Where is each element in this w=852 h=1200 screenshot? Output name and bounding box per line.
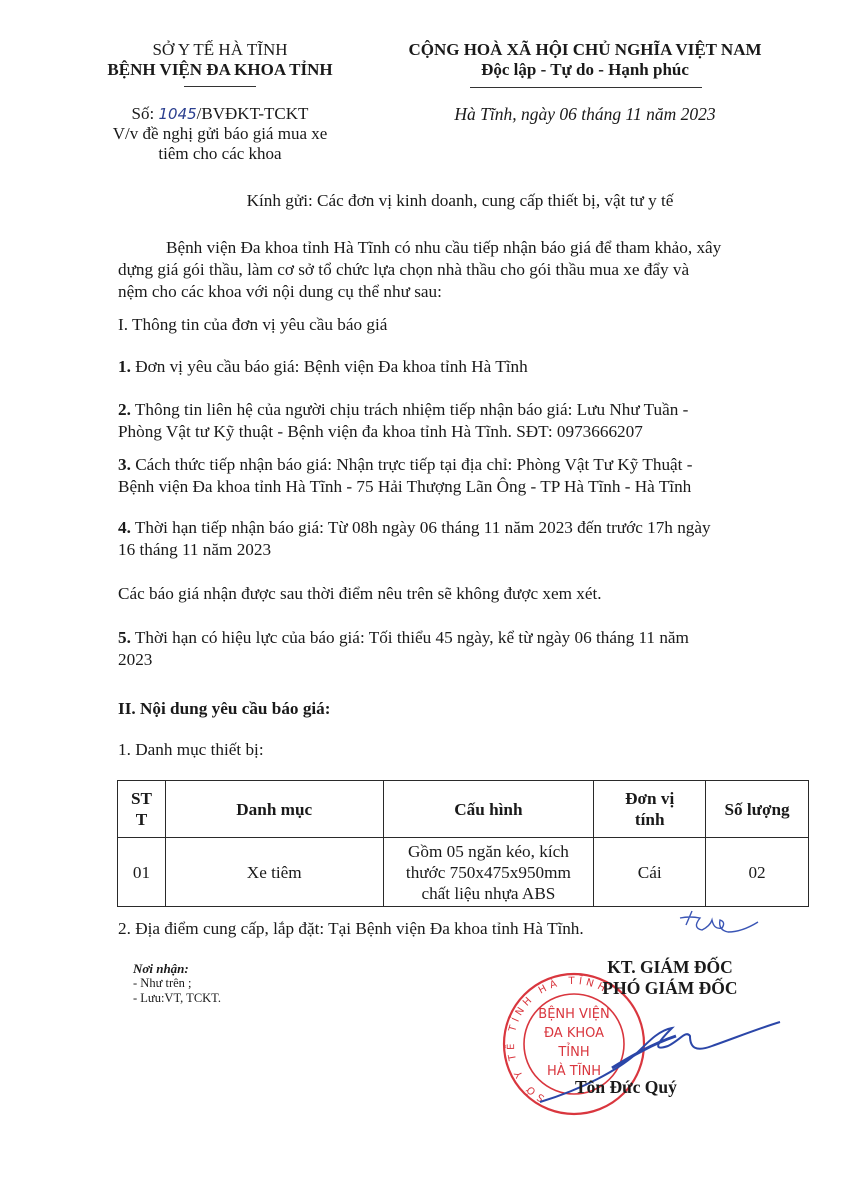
organization-name: BỆNH VIỆN ĐA KHOA TỈNH xyxy=(100,60,340,80)
item-text: 2023 xyxy=(118,649,689,671)
national-motto: Độc lập - Tự do - Hạnh phúc xyxy=(360,60,810,80)
issuer-header: SỞ Y TẾ HÀ TĨNH BỆNH VIỆN ĐA KHOA TỈNH xyxy=(100,40,340,80)
recipients-title: Nơi nhận: xyxy=(133,961,221,976)
item-number: 1. xyxy=(118,357,131,376)
col-header-stt: STT xyxy=(118,781,166,838)
equipment-list-heading: 1. Danh mục thiết bị: xyxy=(118,739,264,761)
info-note: Các báo giá nhận được sau thời điểm nêu … xyxy=(118,583,602,605)
equipment-table: STT Danh mục Cấu hình Đơn vịtính Số lượn… xyxy=(117,780,809,907)
cell-stt: 01 xyxy=(118,838,166,907)
document-subject: V/v đề nghị gửi báo giá mua xe tiêm cho … xyxy=(100,124,340,164)
place-date: Hà Tĩnh, ngày 06 tháng 11 năm 2023 xyxy=(360,104,810,125)
signer-name: Tôn Đức Quý xyxy=(575,1077,677,1098)
intro-line: Bệnh viện Đa khoa tỉnh Hà Tĩnh có nhu cầ… xyxy=(166,238,721,257)
col-header-item: Danh mục xyxy=(165,781,383,838)
cell-item: Xe tiêm xyxy=(165,838,383,907)
item-text: Bệnh viện Đa khoa tỉnh Hà Tĩnh - 75 Hải … xyxy=(118,476,692,498)
doc-number-handwritten: 1045 xyxy=(158,105,196,123)
item-text: Thông tin liên hệ của người chịu trách n… xyxy=(135,400,689,419)
signer-title-1: KT. GIÁM ĐỐC xyxy=(510,957,830,978)
info-item-3: 3. Cách thức tiếp nhận báo giá: Nhận trự… xyxy=(118,454,692,498)
delivery-location: 2. Địa điểm cung cấp, lắp đặt: Tại Bệnh … xyxy=(118,918,584,940)
col-header-unit: Đơn vịtính xyxy=(594,781,706,838)
item-number: 3. xyxy=(118,455,131,474)
item-number: 5. xyxy=(118,628,131,647)
recipients-block: Nơi nhận: - Như trên ; - Lưu:VT, TCKT. xyxy=(133,961,221,1006)
info-item-2: 2. Thông tin liên hệ của người chịu trác… xyxy=(118,399,688,443)
signature-block: KT. GIÁM ĐỐC PHÓ GIÁM ĐỐC xyxy=(510,957,830,999)
info-item-1: 1. Đơn vị yêu cầu báo giá: Bệnh viện Đa … xyxy=(118,356,528,378)
recipient-item: - Lưu:VT, TCKT. xyxy=(133,991,221,1006)
table-row: 01 Xe tiêm Gồm 05 ngăn kéo, kíchthước 75… xyxy=(118,838,809,907)
section-1-heading: I. Thông tin của đơn vị yêu cầu báo giá xyxy=(118,314,387,336)
header-divider-right xyxy=(470,87,702,88)
svg-text:ĐA KHOA: ĐA KHOA xyxy=(544,1026,604,1041)
item-text: Cách thức tiếp nhận báo giá: Nhận trực t… xyxy=(135,455,692,474)
intro-paragraph: Bệnh viện Đa khoa tỉnh Hà Tĩnh có nhu cầ… xyxy=(118,237,814,303)
agency-name: SỞ Y TẾ HÀ TĨNH xyxy=(100,40,340,60)
recipient-item: - Như trên ; xyxy=(133,976,221,991)
item-text: 16 tháng 11 năm 2023 xyxy=(118,539,711,561)
country-name: CỘNG HOÀ XÃ HỘI CHỦ NGHĨA VIỆT NAM xyxy=(360,40,810,60)
intro-line: nệm cho các khoa với nội dung cụ thể như… xyxy=(118,281,814,303)
col-header-spec: Cấu hình xyxy=(383,781,594,838)
svg-text:BỆNH VIỆN: BỆNH VIỆN xyxy=(538,1006,609,1022)
national-header: CỘNG HOÀ XÃ HỘI CHỦ NGHĨA VIỆT NAM Độc l… xyxy=(360,40,810,80)
item-number: 4. xyxy=(118,518,131,537)
cell-unit: Cái xyxy=(594,838,706,907)
intro-line: dựng giá gói thầu, làm cơ sở tổ chức lựa… xyxy=(118,259,814,281)
cell-qty: 02 xyxy=(706,838,809,907)
recipient-line: Kính gửi: Các đơn vị kinh doanh, cung cấ… xyxy=(100,190,820,212)
signer-title-2: PHÓ GIÁM ĐỐC xyxy=(510,978,830,999)
item-text: Thời hạn tiếp nhận báo giá: Từ 08h ngày … xyxy=(135,518,711,537)
cell-spec: Gồm 05 ngăn kéo, kíchthước 750x475x950mm… xyxy=(383,838,594,907)
doc-number-suffix: /BVĐKT-TCKT xyxy=(197,104,309,123)
info-item-5: 5. Thời hạn có hiệu lực của báo giá: Tối… xyxy=(118,627,689,671)
subject-line: tiêm cho các khoa xyxy=(100,144,340,164)
initials-icon xyxy=(680,911,758,932)
doc-number-prefix: Số: xyxy=(132,104,159,123)
subject-line: V/v đề nghị gửi báo giá mua xe xyxy=(100,124,340,144)
document-number: Số: 1045/BVĐKT-TCKT xyxy=(100,104,340,124)
item-text: Thời hạn có hiệu lực của báo giá: Tối th… xyxy=(135,628,689,647)
item-text: Phòng Vật tư Kỹ thuật - Bệnh viện đa kho… xyxy=(118,421,688,443)
col-header-qty: Số lượng xyxy=(706,781,809,838)
item-number: 2. xyxy=(118,400,131,419)
section-2-heading: II. Nội dung yêu cầu báo giá: xyxy=(118,698,331,720)
header-divider-left xyxy=(184,86,256,87)
table-header-row: STT Danh mục Cấu hình Đơn vịtính Số lượn… xyxy=(118,781,809,838)
svg-text:TỈNH: TỈNH xyxy=(557,1043,589,1060)
info-item-4: 4. Thời hạn tiếp nhận báo giá: Từ 08h ng… xyxy=(118,517,711,561)
item-text: Đơn vị yêu cầu báo giá: Bệnh viện Đa kho… xyxy=(135,357,528,376)
